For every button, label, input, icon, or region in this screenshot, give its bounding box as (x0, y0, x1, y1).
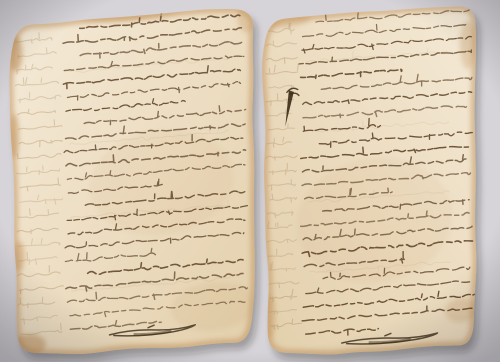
manuscript-scene (0, 0, 500, 362)
left-page (6, 0, 261, 362)
right-page (258, 0, 484, 362)
manuscript-photo (0, 0, 500, 362)
